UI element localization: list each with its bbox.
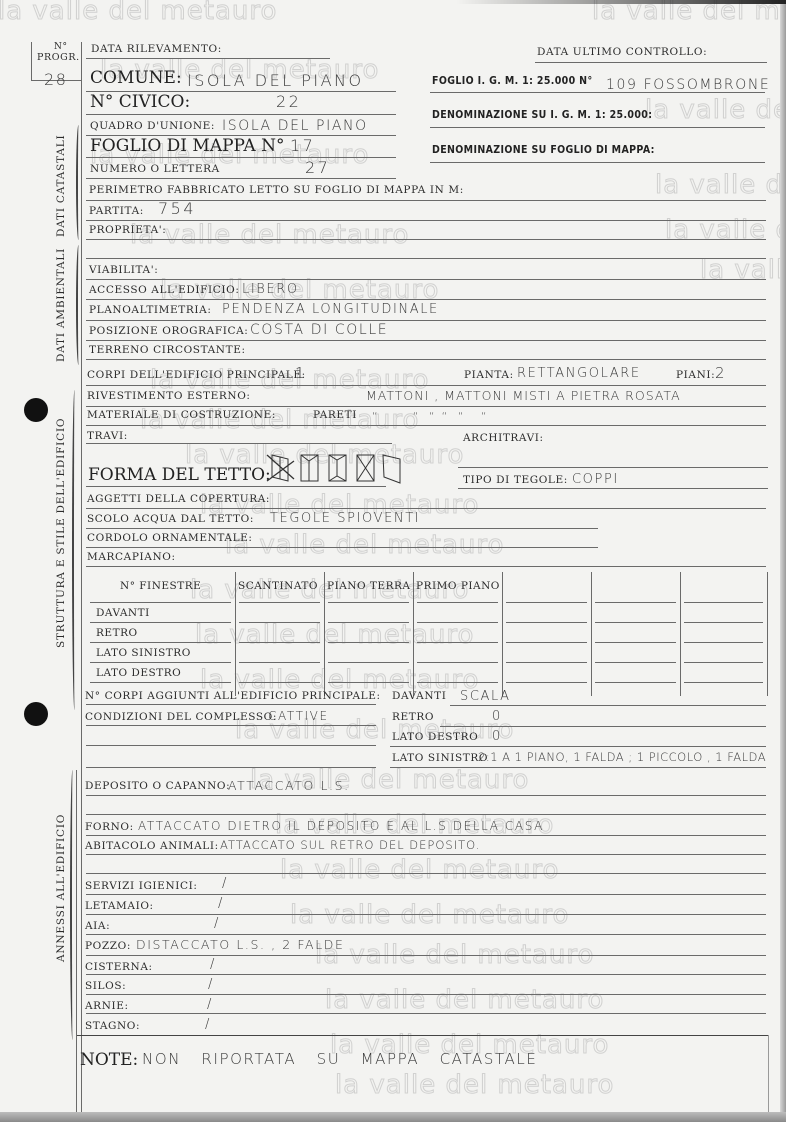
igm-foglio-field[interactable]: 109 FOSSOMBRONE (606, 77, 770, 93)
roof-icon-quattro-falde[interactable] (357, 455, 374, 481)
punch-hole (24, 398, 48, 422)
table-cell-input[interactable] (241, 667, 318, 681)
retro-label: RETRO (392, 711, 434, 723)
perimetro-label: PERIMETRO FABBRICATO LETTO SU FOGLIO DI … (89, 184, 464, 196)
lato-sinistro-label: LATO SINISTRO (392, 752, 488, 764)
watermark: la valle del metauro (130, 220, 409, 250)
stagno-field[interactable]: / (205, 1017, 211, 1032)
posizione-orografica-label: POSIZIONE OROGRAFICA: (89, 325, 248, 337)
tipo-tegole-field[interactable]: COPPI (572, 472, 619, 487)
piani-label: PIANI: (676, 369, 715, 381)
arnie-label: ARNIE: (85, 1000, 129, 1012)
partita-field[interactable]: 754 (158, 199, 196, 218)
abitacolo-label: ABITACOLO ANIMALI: (85, 840, 219, 852)
table-cell-input[interactable] (508, 627, 585, 641)
posizione-orografica-field[interactable]: COSTA DI COLLE (250, 322, 388, 338)
pareti-field[interactable]: “ “ “ “ “ “ (372, 410, 487, 423)
accesso-field[interactable]: LIBERO (242, 282, 299, 297)
prog-label: PROGR. (37, 52, 80, 63)
table-cell-input[interactable] (241, 607, 318, 621)
table-header-cell: N° FINESTRE (120, 580, 201, 592)
proprieta-label: PROPRIETA': (89, 224, 166, 236)
civico-label: N° CIVICO: (90, 92, 190, 112)
table-cell-input[interactable] (508, 647, 585, 661)
table-cell-input[interactable] (686, 627, 761, 641)
materiale-label: MATERIALE DI COSTRUZIONE: (87, 409, 276, 421)
marcapiano-label: MARCAPIANO: (87, 551, 176, 563)
table-cell-input[interactable] (597, 607, 674, 621)
letamaio-field[interactable]: / (218, 896, 224, 911)
corpi-aggiunti-label: N° CORPI AGGIUNTI ALL'EDIFICIO PRINCIPAL… (85, 690, 381, 702)
scolo-field[interactable]: TEGOLE SPIOVENTI (270, 511, 420, 526)
davanti-label: DAVANTI (392, 690, 446, 702)
table-cell-input[interactable] (597, 647, 674, 661)
watermark: la valle del metauro (0, 0, 277, 26)
table-cell-input[interactable] (686, 647, 761, 661)
foglio-mappa-field[interactable]: 17 (290, 136, 315, 155)
watermark: la valle del metauro (325, 985, 604, 1015)
forno-label: FORNO: (85, 821, 134, 833)
section-label-dati-catastali: DATI CATASTALI (55, 135, 67, 238)
table-cell-input[interactable] (241, 647, 318, 661)
numero-lettera-label: NUMERO o LETTERA (90, 163, 220, 175)
table-cell-input[interactable] (330, 607, 407, 621)
planoaltimetria-field[interactable]: PENDENZA LONGITUDINALE (222, 302, 439, 317)
watermark: la valle del metauro (700, 255, 786, 285)
scolo-label: SCOLO ACQUA DAL TETTO: (87, 513, 254, 525)
stagno-label: STAGNO: (85, 1020, 140, 1032)
condizioni-label: CONDIZIONI DEL COMPLESSO: (85, 711, 277, 723)
watermark: la valle del metauro (280, 855, 559, 885)
silos-field[interactable]: / (208, 977, 214, 992)
pozzo-label: POZZO: (85, 940, 131, 952)
servizi-label: SERVIZI IGIENICI: (85, 880, 198, 892)
survey-form-page: la valle del metauro la valle del metaur… (0, 0, 786, 1122)
igm-foglio-label: FOGLIO I. G. M. 1: 25.000 N° (432, 75, 593, 87)
roof-icon-capanna[interactable] (301, 455, 318, 481)
denominazione-igm-label: DENOMINAZIONE SU I. G. M. 1: 25.000: (432, 109, 652, 121)
table-cell-input[interactable] (419, 607, 496, 621)
lato-destro-field[interactable]: 0 (492, 729, 502, 744)
lato-destro-label: LATO DESTRO (392, 731, 478, 743)
table-cell-input[interactable] (508, 667, 585, 681)
deposito-field[interactable]: ATTACCATO L.S. (228, 778, 350, 793)
abitacolo-field[interactable]: ATTACCATO SUL RETRO DEL DEPOSITO. (220, 838, 480, 852)
note-field[interactable]: NON RIPORTATA SU MAPPA CATASTALE (142, 1050, 537, 1068)
table-header-cell: SCANTINATO (238, 580, 318, 592)
quadro-unione-label: QUADRO D'UNIONE: (90, 120, 215, 132)
comune-field[interactable]: ISOLA DEL PIANO (187, 71, 364, 90)
table-cell-input[interactable] (330, 647, 407, 661)
table-header-cell: PRIMO PIANO (416, 580, 500, 592)
watermark: la valle del metauro (645, 95, 786, 125)
table-cell-input[interactable] (419, 667, 496, 681)
section-label-struttura: STRUTTURA E STILE DELL'EDIFICIO (55, 418, 67, 648)
partita-label: PARTITA: (89, 205, 144, 217)
roof-icon-padiglione[interactable] (267, 455, 294, 481)
accesso-label: ACCESSO ALL'EDIFICIO: (89, 284, 239, 296)
foglio-mappa-label: FOGLIO DI MAPPA N° (90, 136, 284, 156)
civico-field[interactable]: 22 (276, 92, 301, 111)
table-cell-input[interactable] (686, 667, 761, 681)
aia-field[interactable]: / (214, 916, 220, 931)
data-rilevamento-label: DATA RILEVAMENTO: (91, 43, 222, 55)
table-cell-input[interactable] (241, 627, 318, 641)
pozzo-field[interactable]: DISTACCATO L.S. , 2 FALDE (136, 937, 345, 952)
letamaio-label: LETAMAIO: (85, 900, 154, 912)
table-header-cell: PIANO TERRA (327, 580, 411, 592)
watermark: la valle del metauro (655, 170, 786, 200)
piani-field[interactable]: 2 (715, 364, 726, 382)
data-ultimo-controllo-label: DATA ULTIMO CONTROLLO: (537, 46, 707, 58)
table-row-label: DAVANTI (96, 607, 150, 619)
forma-tetto-label: FORMA DEL TETTO: (88, 465, 271, 485)
cordolo-label: CORDOLO ORNAMENTALE: (87, 532, 253, 544)
tipo-tegole-label: TIPO DI TEGOLE: (463, 474, 568, 486)
retro-field[interactable]: 0 (492, 709, 502, 724)
table-cell-input[interactable] (330, 627, 407, 641)
table-cell-input[interactable] (419, 647, 496, 661)
pianta-field[interactable]: RETTANGOLARE (517, 366, 641, 381)
note-label: NOTE: (80, 1050, 138, 1070)
table-cell-input[interactable] (597, 667, 674, 681)
table-row-label: LATO DESTRO (96, 667, 181, 679)
davanti-field[interactable]: SCALA (460, 689, 511, 704)
pianta-label: PIANTA: (464, 369, 514, 381)
rivestimento-field[interactable]: MATTONI , MATTONI MISTI A PIETRA ROSATA (366, 388, 681, 403)
table-cell-input[interactable] (597, 627, 674, 641)
table-cell-input[interactable] (686, 607, 761, 621)
corpi-principale-label: CORPI DELL'EDIFICIO PRINCIPALE: (87, 369, 306, 381)
architravi-label: ARCHITRAVI: (463, 432, 544, 444)
aggetti-label: AGGETTI DELLA COPERTURA: (87, 493, 270, 505)
aia-label: AIA: (85, 920, 110, 932)
watermark: la valle del metauro (225, 530, 504, 560)
table-cell-input[interactable] (419, 627, 496, 641)
cisterna-label: CISTERNA: (85, 961, 153, 973)
table-cell-input[interactable] (508, 607, 585, 621)
arnie-field[interactable]: / (207, 997, 213, 1012)
lato-sinistro-field[interactable]: 2:1 A 1 PIANO, 1 FALDA ; 1 PICCOLO , 1 F… (478, 750, 766, 764)
prog-value: 28 (44, 70, 68, 89)
viabilita-label: VIABILITA': (89, 264, 158, 276)
punch-hole (24, 702, 48, 726)
rivestimento-label: RIVESTIMENTO ESTERNO: (87, 390, 251, 402)
travi-label: TRAVI: (87, 430, 128, 442)
silos-label: SILOS: (85, 980, 126, 992)
planoaltimetria-label: PLANOALTIMETRIA: (89, 304, 211, 316)
watermark: la valle del metauro (290, 900, 569, 930)
watermark: la valle del metauro (335, 1070, 614, 1100)
terreno-label: TERRENO CIRCOSTANTE: (89, 344, 246, 356)
forno-field[interactable]: ATTACCATO DIETRO IL DEPOSITO E AL L.S DE… (138, 819, 544, 833)
roof-icon-capanna-doppia[interactable] (329, 455, 346, 481)
deposito-label: DEPOSITO o CAPANNO: (85, 780, 230, 792)
table-row-label: LATO SINISTRO (96, 647, 191, 659)
section-label-dati-ambientali: DATI AMBIENTALI (55, 248, 67, 362)
numero-lettera-field[interactable]: 27 (305, 158, 330, 177)
table-cell-input[interactable] (330, 667, 407, 681)
table-row-label: RETRO (96, 627, 138, 639)
cisterna-field[interactable]: / (210, 957, 216, 972)
section-label-annessi: ANNESSI ALL'EDIFICIO (55, 814, 67, 962)
condizioni-field[interactable]: CATTIVE (268, 709, 329, 723)
servizi-field[interactable]: / (222, 876, 228, 891)
corpi-principale-field[interactable]: 1 (295, 364, 306, 382)
roof-shape-options (266, 451, 406, 485)
denominazione-foglio-label: DENOMINAZIONE SU FOGLIO DI MAPPA: (432, 144, 655, 156)
pareti-label: PARETI (313, 409, 357, 421)
prog-label: N° (54, 42, 68, 52)
roof-icon-una-falda[interactable] (383, 455, 400, 483)
quadro-unione-field[interactable]: ISOLA DEL PIANO (222, 118, 368, 134)
comune-label: COMUNE: (90, 68, 182, 88)
